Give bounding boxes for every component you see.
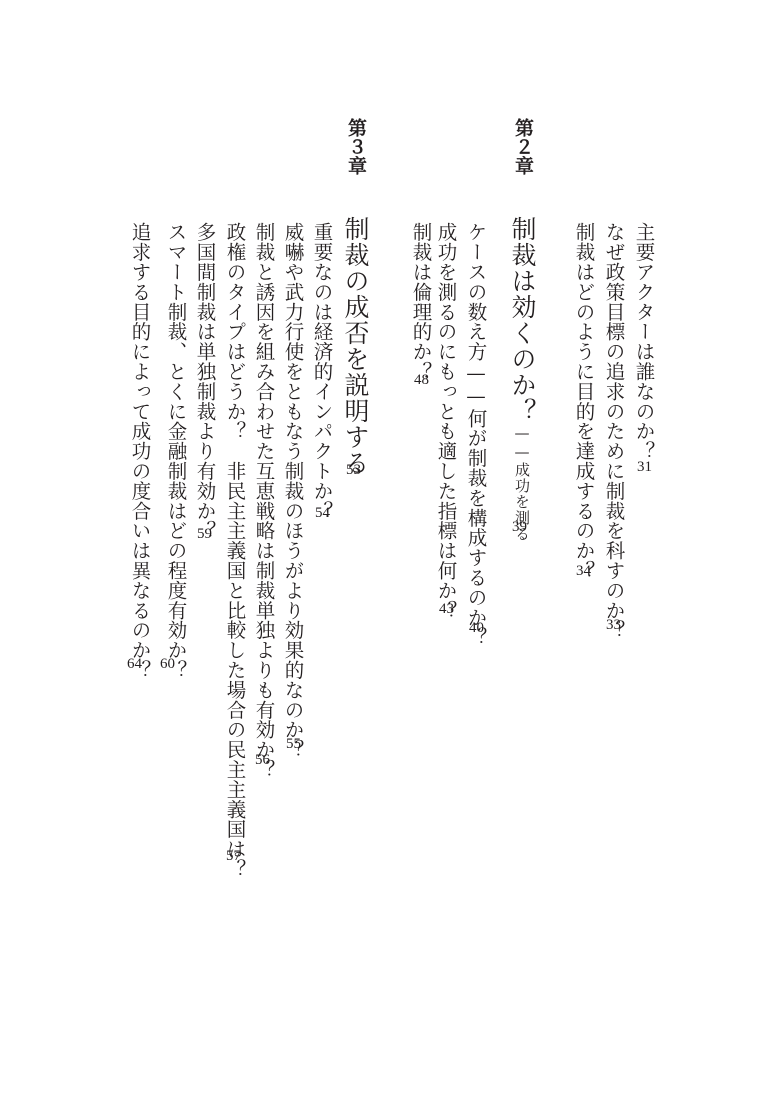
toc-entry-text: 追求する目的によって成功の度合いは異なるのか？ (129, 222, 152, 680)
toc-entry-text: 制裁と誘因を組み合わせた互恵戦略は制裁単独よりも有効か？ (253, 222, 276, 779)
toc-entry-text: 威嚇や武力行使をともなう制裁のほうがより効果的なのか？ (282, 222, 305, 759)
toc-entry[interactable]: 成功を測るのにもっとも適した指標は何か？ (436, 222, 456, 620)
toc-entry-text: 多国間制裁は単独制裁より有効か？ (194, 222, 217, 540)
toc-entry[interactable]: 制裁はどのように目的を達成するのか？ (574, 222, 594, 580)
toc-entry[interactable]: 威嚇や武力行使をともなう制裁のほうがより効果的なのか？ (283, 222, 303, 759)
chapter-label: 第３章 (346, 118, 365, 175)
page-number: 39 (512, 519, 527, 536)
toc-entry[interactable]: 主要アクターは誰なのか？ (634, 222, 654, 461)
subtitle-dash: —— (513, 424, 531, 462)
page-number: 57 (226, 848, 241, 865)
chapter-title-text: 制裁は効くのか？ (508, 216, 537, 424)
toc-entry[interactable]: ケースの数え方——何が制裁を構成するのか？ (466, 222, 486, 647)
toc-entry[interactable]: なぜ政策目標の追求のために制裁を科すのか？ (604, 222, 624, 640)
page-number: 56 (255, 752, 270, 769)
toc-entry-text: 成功を測るのにもっとも適した指標は何か？ (435, 222, 458, 620)
page-number: 43 (439, 601, 454, 618)
toc-entry[interactable]: スマート制裁、とくに金融制裁はどの程度有効か？ (166, 222, 186, 680)
toc-entry[interactable]: 追求する目的によって成功の度合いは異なるのか？ (130, 222, 150, 680)
toc-entry[interactable]: 政権のタイプはどうか？ 非民主主義国と比較した場合の民主主義国は？ (225, 222, 245, 879)
toc-entry-text: 主要アクターは誰なのか？ (633, 222, 656, 461)
page-number: 48 (414, 372, 429, 389)
toc-entry-text: なぜ政策目標の追求のために制裁を科すのか？ (603, 222, 626, 640)
toc-entry-text: 政権のタイプはどうか？ 非民主主義国と比較した場合の民主主義国は？ (224, 222, 247, 879)
toc-entry-text: 制裁はどのように目的を達成するのか？ (573, 222, 596, 580)
page-number: 31 (637, 459, 652, 476)
page-number: 53 (346, 462, 361, 479)
toc-entry[interactable]: 制裁と誘因を組み合わせた互恵戦略は制裁単独よりも有効か？ (254, 222, 274, 779)
toc-entry-text: ケースの数え方——何が制裁を構成するのか？ (465, 222, 488, 647)
page-number: 55 (286, 736, 301, 753)
page-number: 59 (197, 526, 212, 543)
page-number: 40 (469, 620, 484, 637)
page-number: 60 (160, 656, 175, 673)
chapter-title-text: 制裁の成否を説明する (341, 216, 370, 476)
toc-entry[interactable]: 重要なのは経済的インパクトか？ (312, 222, 332, 521)
chapter-label: 第２章 (513, 118, 532, 175)
chapter-title[interactable]: 制裁は効くのか？——成功を測る (510, 216, 535, 542)
toc-entry-text: 制裁は倫理的か？ (410, 222, 433, 381)
page-number: 33 (606, 617, 621, 634)
toc-entry-text: 重要なのは経済的インパクトか？ (311, 222, 334, 521)
chapter-title[interactable]: 制裁の成否を説明する (343, 216, 368, 476)
toc-entry-text: スマート制裁、とくに金融制裁はどの程度有効か？ (165, 222, 188, 680)
toc-entry[interactable]: 制裁は倫理的か？ (411, 222, 431, 381)
toc-entry[interactable]: 多国間制裁は単独制裁より有効か？ (195, 222, 215, 540)
page-number: 64 (127, 656, 142, 673)
page-number: 54 (315, 505, 330, 522)
page-number: 34 (576, 563, 591, 580)
